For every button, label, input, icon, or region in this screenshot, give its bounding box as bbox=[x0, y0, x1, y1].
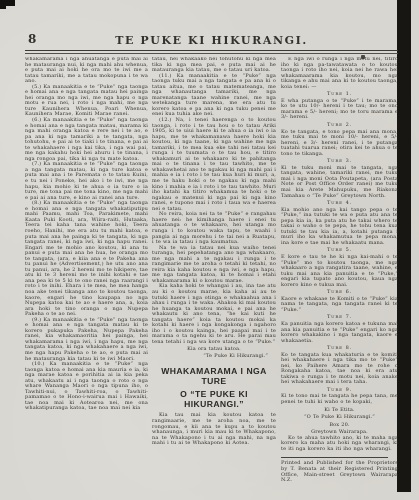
ture-1-heading: Ture 1. bbox=[281, 92, 398, 98]
ture-4-heading: Ture 4. bbox=[281, 201, 398, 207]
scan-binding-bar-right bbox=[397, 0, 411, 492]
paragraph-7: (7.) Ka manaakitia e te “Puke” nga taong… bbox=[25, 162, 148, 201]
ture-7-heading: Ture 7. bbox=[281, 315, 398, 321]
ture-8-heading: Ture 8. bbox=[281, 346, 398, 352]
ture-7-text: Ka panuitia nga korero katoa e tukuna ma… bbox=[281, 322, 398, 344]
ture-5-heading: Ture 5. bbox=[281, 248, 398, 254]
ture-5-text: E kore e tau te he ki nga kai-mahi o te … bbox=[281, 255, 398, 288]
ture-3-heading: Ture 3. bbox=[281, 159, 398, 165]
column-left: whakamarama i nga ahuatanga e puta mai a… bbox=[25, 57, 148, 481]
scan-artifact-top-left-2 bbox=[0, 5, 6, 9]
masthead-rule bbox=[25, 50, 398, 54]
ture-8-text: Ko te tangata kua whakaturia e te komiti… bbox=[281, 353, 398, 386]
ture-4-text: Kia mohio ano nga kai tango pepa o te “P… bbox=[281, 208, 398, 247]
paragraph: Na te wa ia tatau nei kua waiho tenei tu… bbox=[152, 246, 276, 285]
ture-1-text: E wha putanga o te “Puke” i te marama, k… bbox=[281, 99, 398, 121]
paragraph: Kia tau mai kia koutou katoa te rangimaa… bbox=[152, 413, 276, 446]
rules-intro: E nga iwi o runga i nga motu nei, titiro… bbox=[281, 57, 398, 90]
paragraph-continuation: tatau, hei whakaako hei tohutohu ki nga … bbox=[152, 57, 276, 74]
printer-imprint: Printed and Published for the Proprietor… bbox=[281, 461, 398, 481]
paragraph-9: (9.) Ka manaakitia e te “Puke” nga taong… bbox=[25, 318, 148, 362]
paragraph-5: (5.) Ka manaakitia e te “Puke” nga taong… bbox=[25, 85, 148, 118]
paragraph: No reira, koia nei ta te “Puke” e rangah… bbox=[152, 212, 276, 245]
pages-note: Ko te ahua tawhito ano, ki te maha nga k… bbox=[281, 436, 398, 453]
imprint-rule bbox=[281, 457, 388, 458]
masthead-title: TE PUKE KI HIKURANGI. bbox=[25, 34, 398, 47]
ture-2-text: Ko te tangata, e tono pepa mai ana mona,… bbox=[281, 130, 398, 158]
address-editor: Ki Te Etita. bbox=[281, 408, 398, 414]
ture-6-heading: Ture 6. bbox=[281, 290, 398, 296]
paragraph-8: (8.) Ka manaakitia e te “Puke” nga taong… bbox=[25, 201, 148, 317]
paragraph-12: (12.) Na, i tenei haerenga o to koutou t… bbox=[152, 118, 276, 212]
ture-3-text: Ki te tuku moni mai te tangata, nga tang… bbox=[281, 166, 398, 199]
section-heading-line-1: WHAKAMARAMA I NGA TURE bbox=[152, 367, 276, 386]
paragraph-continuation: whakamarama i nga ahuatanga e puta mai a… bbox=[25, 57, 148, 85]
ture-9-heading: Ture 9. bbox=[281, 388, 398, 394]
column-right: E nga iwi o runga i nga motu nei, titiro… bbox=[281, 57, 398, 481]
paragraph-11: (11.) Ka manaakitia e te “Puke” nga taon… bbox=[152, 74, 276, 118]
signature: “Te Puke Ki Hikurangi.” bbox=[152, 354, 276, 360]
ture-9-text: Ki te tono mai te tangata he pepa tana, … bbox=[281, 394, 398, 405]
column-middle: tatau, hei whakaako hei tohutohu ki nga … bbox=[152, 57, 276, 481]
paragraph-6: (6.) Ka manaakitia e te “Puke” nga taong… bbox=[25, 118, 148, 162]
paragraph: Kia kaha hoki te whangai i au, ina tae a… bbox=[152, 284, 276, 345]
paragraph-10: (10.) Ka manaakitia e te “Puke” nga taon… bbox=[25, 362, 148, 412]
address-box: Box 20. bbox=[281, 423, 398, 429]
ture-2-heading: Ture 2. bbox=[281, 123, 398, 129]
ture-6-text: Kaore e whakaae te Komiti o te “Puke” ki… bbox=[281, 297, 398, 314]
section-heading-line-2: O “TE PUKE KI HIKURANGI.” bbox=[152, 390, 276, 409]
address-paper: “O Te Puke Ki Hikurangi.” bbox=[281, 415, 398, 421]
